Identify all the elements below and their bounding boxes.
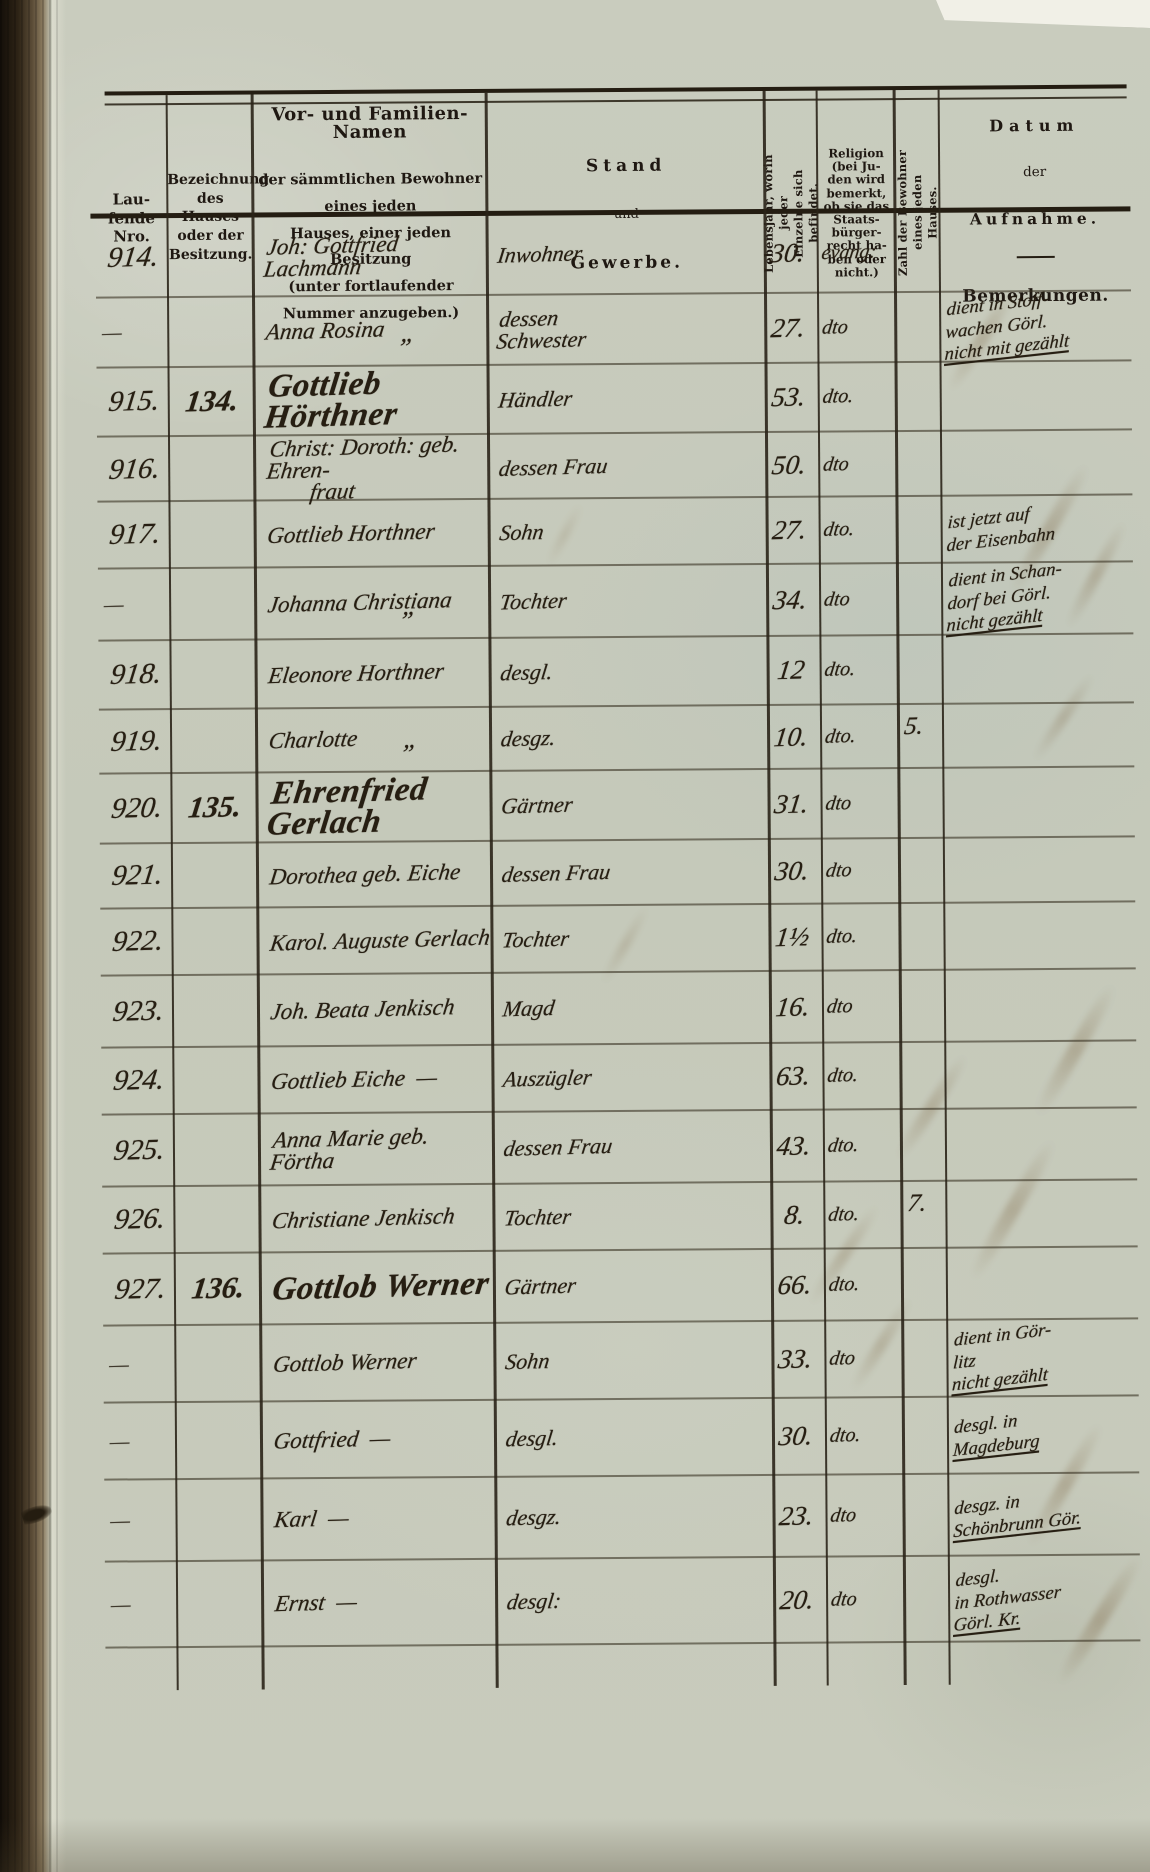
cell-remark <box>940 361 1131 429</box>
cell-age: 50. <box>767 433 819 499</box>
cell-resident-count <box>896 293 940 361</box>
names-header-title: Vor- und Familien-Namen <box>253 105 487 143</box>
cell-house-number <box>176 1479 263 1560</box>
cell-house-number <box>175 1325 262 1401</box>
cell-house-number <box>170 569 256 640</box>
cell-name: Karl — <box>262 1478 497 1560</box>
cell-name: Anna Marie geb. Förtha <box>260 1113 494 1185</box>
cell-age: 30. <box>765 214 818 292</box>
cell-religion: dto. <box>820 636 898 704</box>
cell-serial-number: — <box>104 1403 177 1479</box>
cell-religion: dto. <box>821 705 899 768</box>
cell-age: 33. <box>773 1322 826 1397</box>
cell-age: 43. <box>772 1111 824 1181</box>
cell-serial-number: 918. <box>98 641 170 709</box>
cell-name: Ernst — <box>263 1560 498 1646</box>
cell-resident-count <box>900 904 944 969</box>
cell-remark <box>946 1108 1137 1179</box>
cell-religion: dto. <box>826 1398 905 1474</box>
cell-age: 31. <box>769 770 821 838</box>
cell-house-number <box>173 1048 259 1114</box>
cell-religion: dto. <box>823 1043 901 1109</box>
cell-resident-count <box>904 1398 949 1473</box>
cell-serial-number: 922. <box>100 909 172 975</box>
cell-serial-number: 924. <box>101 1048 173 1114</box>
cell-religion: evang: <box>817 213 896 292</box>
cell-remark: desgz. inSchönbrunn Gör. <box>948 1473 1140 1554</box>
cell-name: Gottlieb Horthner <box>255 500 489 567</box>
cell-resident-count <box>902 1110 946 1180</box>
cell-resident-count <box>896 363 940 430</box>
cell-name: Dorothea geb. Eiche <box>258 842 492 907</box>
occupation-header-line1: Stand <box>487 155 765 178</box>
cell-occupation: Gärtner <box>495 1250 773 1322</box>
cell-name: Charlotte„ <box>257 708 491 772</box>
cell-serial-number: 925. <box>102 1115 174 1186</box>
cell-occupation: Sohn <box>495 1322 774 1399</box>
cell-remark <box>944 902 1135 968</box>
cell-name: Christiane Jenkisch <box>260 1185 494 1252</box>
cell-religion: dto <box>826 1475 905 1556</box>
cell-religion: dto <box>822 839 900 903</box>
cell-age: 53. <box>766 364 818 431</box>
cell-age: 63. <box>771 1044 823 1109</box>
cell-remark <box>945 1041 1136 1107</box>
cell-serial-number: 914. <box>95 218 168 297</box>
cell-serial-number: — <box>104 1480 177 1561</box>
cell-occupation: desgl. <box>490 637 768 706</box>
cell-remark: dient in Gör-litznicht gezählt <box>947 1319 1139 1395</box>
cell-house-number: 134. <box>169 368 255 436</box>
cell-occupation: dessen Schwester <box>488 294 766 364</box>
cell-serial-number: 919. <box>99 710 171 773</box>
cell-remark: dient in Stoff-wachen Görl.nicht mit gez… <box>940 291 1131 360</box>
cell-remark <box>946 1180 1137 1246</box>
cell-resident-count <box>901 1043 945 1108</box>
cell-serial-number: 926. <box>102 1187 174 1253</box>
cell-religion: dto. <box>825 1249 903 1320</box>
cell-religion: dto <box>818 293 896 362</box>
register-table: Lau- fende Nro. Bezeichnung des Hauses o… <box>95 84 1141 1648</box>
cell-remark <box>943 703 1134 766</box>
cell-age: 66. <box>773 1250 825 1320</box>
cell-age: 27. <box>767 498 819 563</box>
cell-remark <box>941 430 1132 497</box>
cell-occupation: Gärtner <box>491 770 769 840</box>
cell-resident-count <box>904 1475 949 1555</box>
cell-house-number <box>167 218 254 297</box>
cell-resident-count <box>897 497 941 562</box>
cell-serial-number: — <box>96 298 168 367</box>
cell-occupation: desgz. <box>491 706 769 770</box>
cell-house-number: 135. <box>171 774 257 843</box>
cell-name: Gottlob Werner <box>261 1252 495 1324</box>
cell-house-number <box>172 909 258 975</box>
cell-occupation: Magd <box>493 972 771 1044</box>
cell-occupation: desgl. <box>496 1399 775 1476</box>
cell-name: Eleonore Horthner <box>256 639 490 708</box>
cell-religion: dto <box>827 1557 906 1642</box>
cell-religion: dto <box>821 769 899 838</box>
cell-occupation: dessen Frau <box>494 1111 772 1183</box>
cell-serial-number: 915. <box>97 368 169 436</box>
cell-remark: desgl. inMagdeburg <box>948 1396 1140 1472</box>
cell-resident-count: 7. <box>902 1182 946 1247</box>
cell-occupation: Auszügler <box>493 1044 771 1111</box>
cell-house-number <box>173 976 259 1047</box>
cell-remark <box>945 969 1136 1040</box>
date-header-line2: der <box>939 164 1130 182</box>
cell-house-number <box>169 437 255 503</box>
cell-age: 12 <box>768 637 820 704</box>
cell-remark: desgl.in RothwasserGörl. Kr. <box>949 1555 1141 1640</box>
cell-resident-count <box>903 1249 947 1319</box>
cell-remark <box>943 767 1134 836</box>
cell-remark: ist jetzt aufder Eisenbahn <box>941 495 1132 561</box>
cell-serial-number: — <box>105 1562 178 1647</box>
cell-resident-count <box>905 1557 950 1641</box>
cell-serial-number: 927. <box>103 1254 175 1325</box>
cell-house-number <box>172 844 258 908</box>
cell-name: Karol. Auguste Gerlach <box>258 907 492 974</box>
book-binding-texture <box>0 0 60 1872</box>
cell-occupation: desgl: <box>497 1558 776 1644</box>
cell-remark: dient in Schan-dorf bei Görl.nicht gezäh… <box>942 562 1133 633</box>
cell-name: Ehrenfried Gerlach <box>257 772 491 842</box>
cell-resident-count <box>895 213 940 291</box>
cell-name: Johanna Christiana„ <box>256 567 490 639</box>
cell-resident-count: 5. <box>899 705 943 767</box>
cell-occupation: dessen Frau <box>492 840 770 905</box>
cell-resident-count <box>899 769 943 837</box>
cell-house-number <box>174 1115 260 1186</box>
cell-occupation: Tochter <box>490 565 768 637</box>
cell-religion: dto. <box>822 904 900 970</box>
cell-age: 30. <box>770 840 822 903</box>
cell-age: 10. <box>769 706 821 768</box>
cell-religion: dto. <box>824 1182 902 1248</box>
cell-occupation: Tochter <box>494 1183 772 1250</box>
cell-name: Joh. Beata Jenkisch <box>259 974 493 1046</box>
cell-religion: dto <box>820 564 898 635</box>
cell-occupation: Händler <box>489 364 767 433</box>
cell-serial-number: 920. <box>99 774 171 843</box>
page-bottom-shadow <box>0 1818 1150 1872</box>
cell-resident-count <box>898 564 942 634</box>
cell-occupation: Tochter <box>492 905 770 972</box>
cell-name: Gottlieb Eiche — <box>259 1046 493 1113</box>
cell-occupation: Sohn <box>489 498 767 565</box>
cell-name: Joh: Gottfried Lachmann <box>253 216 488 296</box>
cell-age: 23. <box>774 1476 827 1556</box>
cell-house-number <box>177 1561 264 1646</box>
cell-name: Christ: Doroth: geb. Ehren- fraut <box>255 435 489 502</box>
cell-name: Gottlob Werner <box>261 1324 496 1401</box>
cell-age: 34. <box>768 565 820 635</box>
cell-resident-count <box>898 636 942 703</box>
date-header-line1: Datum <box>939 116 1130 137</box>
cell-age: 16. <box>771 972 823 1042</box>
cell-religion: dto. <box>819 497 897 563</box>
cell-occupation: desgz. <box>496 1476 775 1558</box>
cell-age: 1½ <box>770 905 822 970</box>
cell-name: Anna Rosina„ <box>254 296 488 366</box>
cell-house-number <box>174 1187 260 1253</box>
cell-age: 20. <box>775 1558 828 1642</box>
cell-religion: dto <box>819 432 897 498</box>
cell-serial-number: 921. <box>100 844 172 908</box>
cell-remark <box>942 634 1133 702</box>
cell-name: Gottfried — <box>262 1401 497 1478</box>
cell-resident-count <box>900 839 944 902</box>
cell-house-number <box>176 1402 263 1478</box>
cell-age: 30. <box>774 1399 827 1474</box>
cell-serial-number: 916. <box>97 437 169 503</box>
cell-religion: dto. <box>824 1110 902 1181</box>
cell-remark <box>947 1247 1138 1318</box>
cell-occupation: Inwohner <box>487 214 766 294</box>
cell-remark <box>939 211 1131 290</box>
cell-serial-number: — <box>103 1326 176 1402</box>
cell-house-number <box>171 710 257 773</box>
cell-religion: dto. <box>818 363 896 431</box>
page-edge-highlight <box>52 0 66 1872</box>
cell-resident-count <box>903 1321 948 1396</box>
cell-remark <box>944 837 1135 901</box>
cell-house-number <box>168 298 254 367</box>
cell-house-number <box>169 502 255 568</box>
cell-resident-count <box>901 971 945 1041</box>
cell-serial-number: — <box>98 569 170 640</box>
cell-house-number <box>170 641 256 709</box>
cell-house-number: 136. <box>175 1254 261 1325</box>
census-register-page: Lau- fende Nro. Bezeichnung des Hauses o… <box>0 0 1150 1872</box>
cell-serial-number: 917. <box>97 502 169 568</box>
cell-name: Gottlieb Hörthner <box>255 366 489 435</box>
cell-age: 27. <box>766 294 818 362</box>
adjacent-page-corner <box>936 0 1150 28</box>
cell-serial-number: 923. <box>101 976 173 1047</box>
cell-age: 8. <box>772 1183 824 1248</box>
cell-religion: dto <box>823 971 901 1042</box>
cell-religion: dto <box>825 1321 904 1397</box>
cell-resident-count <box>897 432 941 498</box>
cell-occupation: dessen Frau <box>489 433 767 500</box>
